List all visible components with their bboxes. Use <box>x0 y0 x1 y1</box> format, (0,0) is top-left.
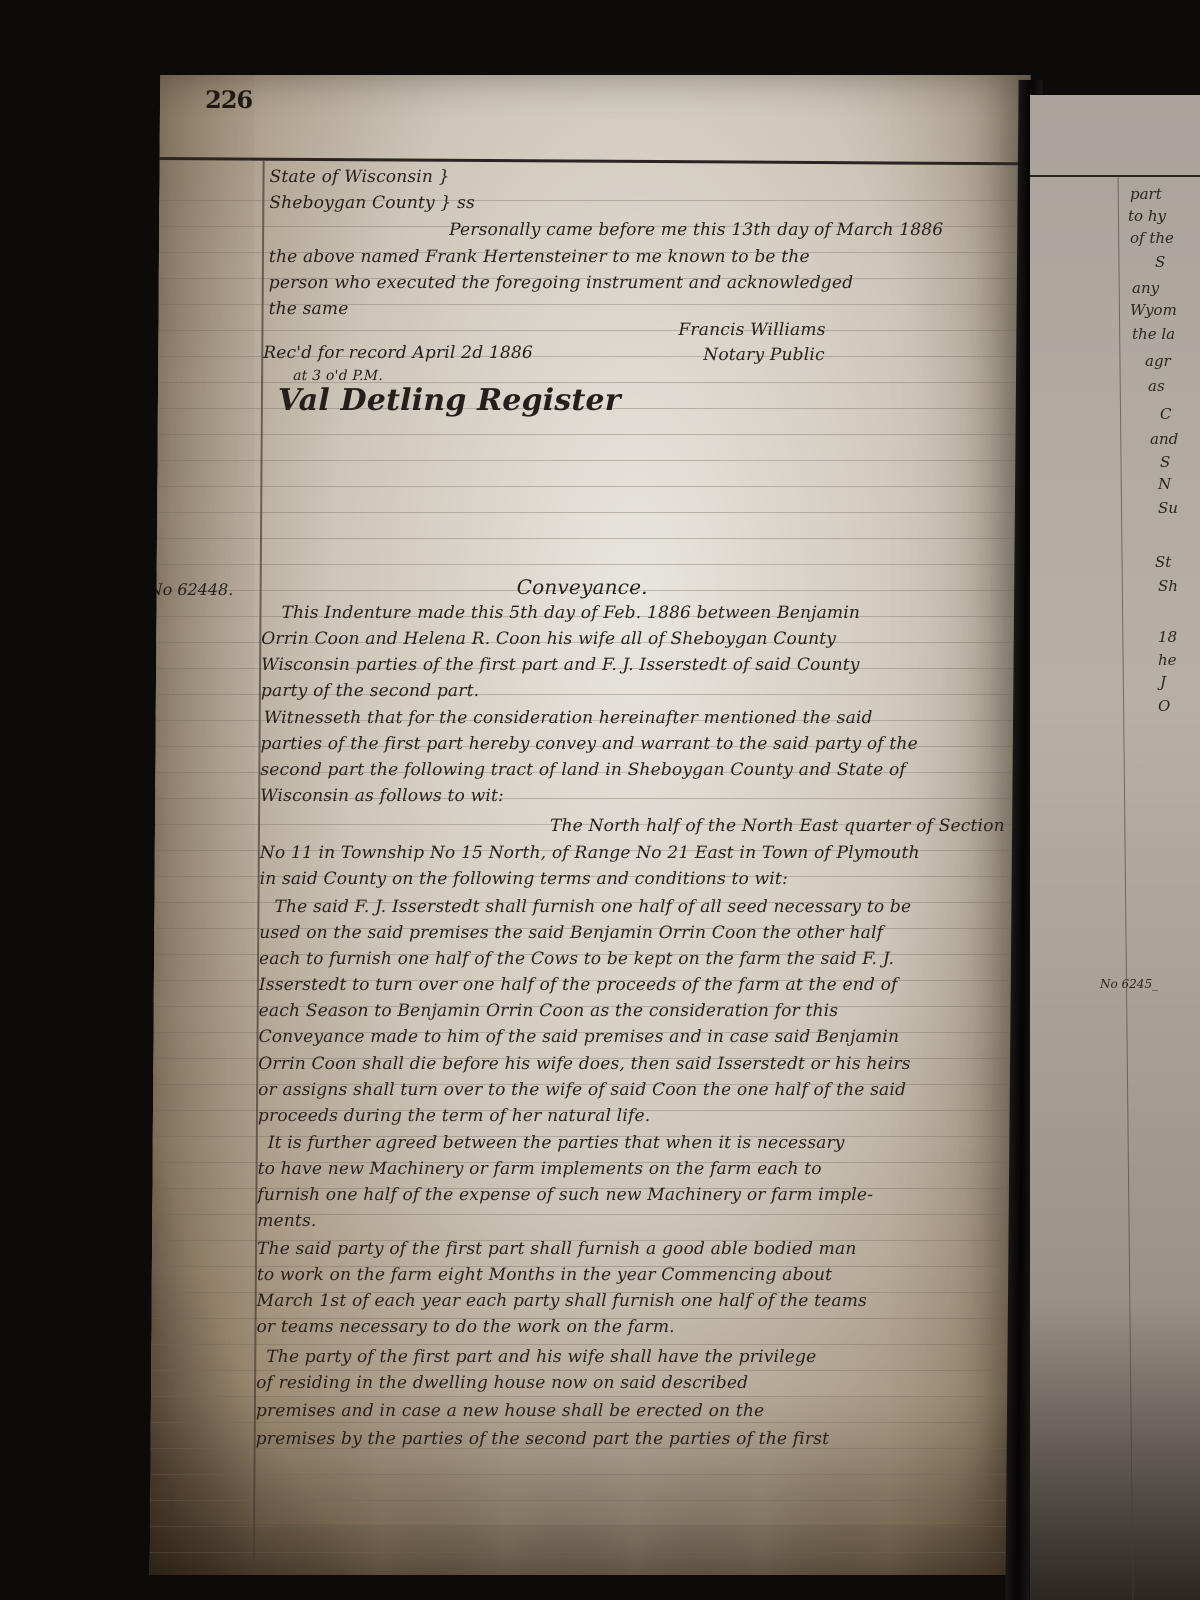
header-rule <box>160 157 1030 165</box>
text-fragment: he <box>1158 651 1177 669</box>
ack-line: the above named Frank Hertensteiner to m… <box>269 247 810 267</box>
header-rule <box>1030 175 1200 177</box>
entry-line: parties of the first part hereby convey … <box>260 734 917 754</box>
ack-line: the same <box>269 299 349 319</box>
text-fragment: O <box>1158 697 1170 715</box>
entry-line: each to furnish one half of the Cows to … <box>259 949 894 969</box>
entry-line: Isserstedt to turn over one half of the … <box>259 975 898 995</box>
text-fragment: any <box>1132 279 1159 297</box>
entry-line: ments. <box>257 1211 316 1231</box>
page-number: 226 <box>205 85 252 114</box>
text-fragment: and <box>1150 430 1178 448</box>
document-number: No 6245_ <box>1100 977 1158 991</box>
entry-line: It is further agreed between the parties… <box>268 1133 845 1153</box>
margin-line <box>1118 177 1134 1600</box>
entry-line: party of the second part. <box>261 681 479 701</box>
notary-title: Notary Public <box>703 345 825 365</box>
text-fragment: the la <box>1132 325 1175 343</box>
left-ledger-page: 226 State of Wisconsin } Sheboygan Count… <box>150 75 1030 1575</box>
notary-signature: Francis Williams <box>678 320 825 340</box>
entry-line: premises by the parties of the second pa… <box>256 1429 830 1449</box>
entry-line: The party of the first part and his wife… <box>266 1347 816 1367</box>
text-fragment: St <box>1155 553 1171 571</box>
document-number: No 62448. <box>150 580 234 599</box>
text-fragment: as <box>1148 377 1165 395</box>
text-fragment: Su <box>1158 499 1178 517</box>
entry-line: to have new Machinery or farm implements… <box>258 1159 822 1179</box>
ack-line: Personally came before me this 13th day … <box>449 220 943 240</box>
entry-line: The North half of the North East quarter… <box>550 816 1005 836</box>
received-for-record: Rec'd for record April 2d 1886 <box>263 343 533 363</box>
entry-line: Orrin Coon and Helena R. Coon his wife a… <box>261 629 836 649</box>
entry-line: second part the following tract of land … <box>260 760 906 780</box>
entry-line: furnish one half of the expense of such … <box>257 1185 873 1205</box>
text-fragment: of the <box>1130 229 1174 247</box>
entry-line: Wisconsin parties of the first part and … <box>261 655 860 675</box>
text-fragment: agr <box>1145 352 1171 370</box>
text-fragment: Sh <box>1158 577 1178 595</box>
text-fragment: part <box>1130 185 1162 203</box>
text-fragment: S <box>1160 453 1170 471</box>
facing-ledger-page: part to hy of the S any Wyom the la agr … <box>1030 95 1200 1600</box>
text-fragment: C <box>1160 405 1171 423</box>
entry-line: No 11 in Township No 15 North, of Range … <box>260 843 920 863</box>
text-fragment: J <box>1160 673 1166 691</box>
ack-line: person who executed the foregoing instru… <box>269 273 854 293</box>
recording-time: at 3 o'd P.M. <box>293 368 383 384</box>
entry-line: or teams necessary to do the work on the… <box>256 1317 674 1337</box>
venue-county: Sheboygan County } ss <box>269 193 475 213</box>
entry-line: Conveyance made to him of the said premi… <box>258 1027 899 1047</box>
entry-line: or assigns shall turn over to the wife o… <box>258 1080 906 1100</box>
entry-line: in said County on the following terms an… <box>260 869 788 889</box>
entry-line: to work on the farm eight Months in the … <box>257 1265 832 1285</box>
register-signature: Val Detling Register <box>278 383 621 418</box>
entry-line: Orrin Coon shall die before his wife doe… <box>258 1054 910 1074</box>
entry-line: used on the said premises the said Benja… <box>259 923 883 943</box>
entry-line: The said F. J. Isserstedt shall furnish … <box>274 897 911 917</box>
text-fragment: S <box>1155 253 1165 271</box>
entry-line: premises and in case a new house shall b… <box>256 1401 765 1421</box>
entry-title: Conveyance. <box>517 575 648 599</box>
text-fragment: Wyom <box>1130 301 1177 319</box>
entry-line: The said party of the first part shall f… <box>257 1239 857 1259</box>
entry-line: This Indenture made this 5th day of Feb.… <box>281 603 860 623</box>
entry-line: March 1st of each year each party shall … <box>257 1291 867 1311</box>
entry-line: Wisconsin as follows to wit: <box>260 786 504 806</box>
venue-state: State of Wisconsin } <box>269 167 449 187</box>
entry-line: Witnesseth that for the consideration he… <box>264 708 873 728</box>
text-fragment: to hy <box>1128 207 1166 225</box>
entry-line: each Season to Benjamin Orrin Coon as th… <box>259 1001 839 1021</box>
text-fragment: 18 <box>1158 628 1177 646</box>
entry-line: of residing in the dwelling house now on… <box>256 1373 748 1393</box>
text-fragment: N <box>1158 475 1171 493</box>
entry-line: proceeds during the term of her natural … <box>258 1106 651 1126</box>
